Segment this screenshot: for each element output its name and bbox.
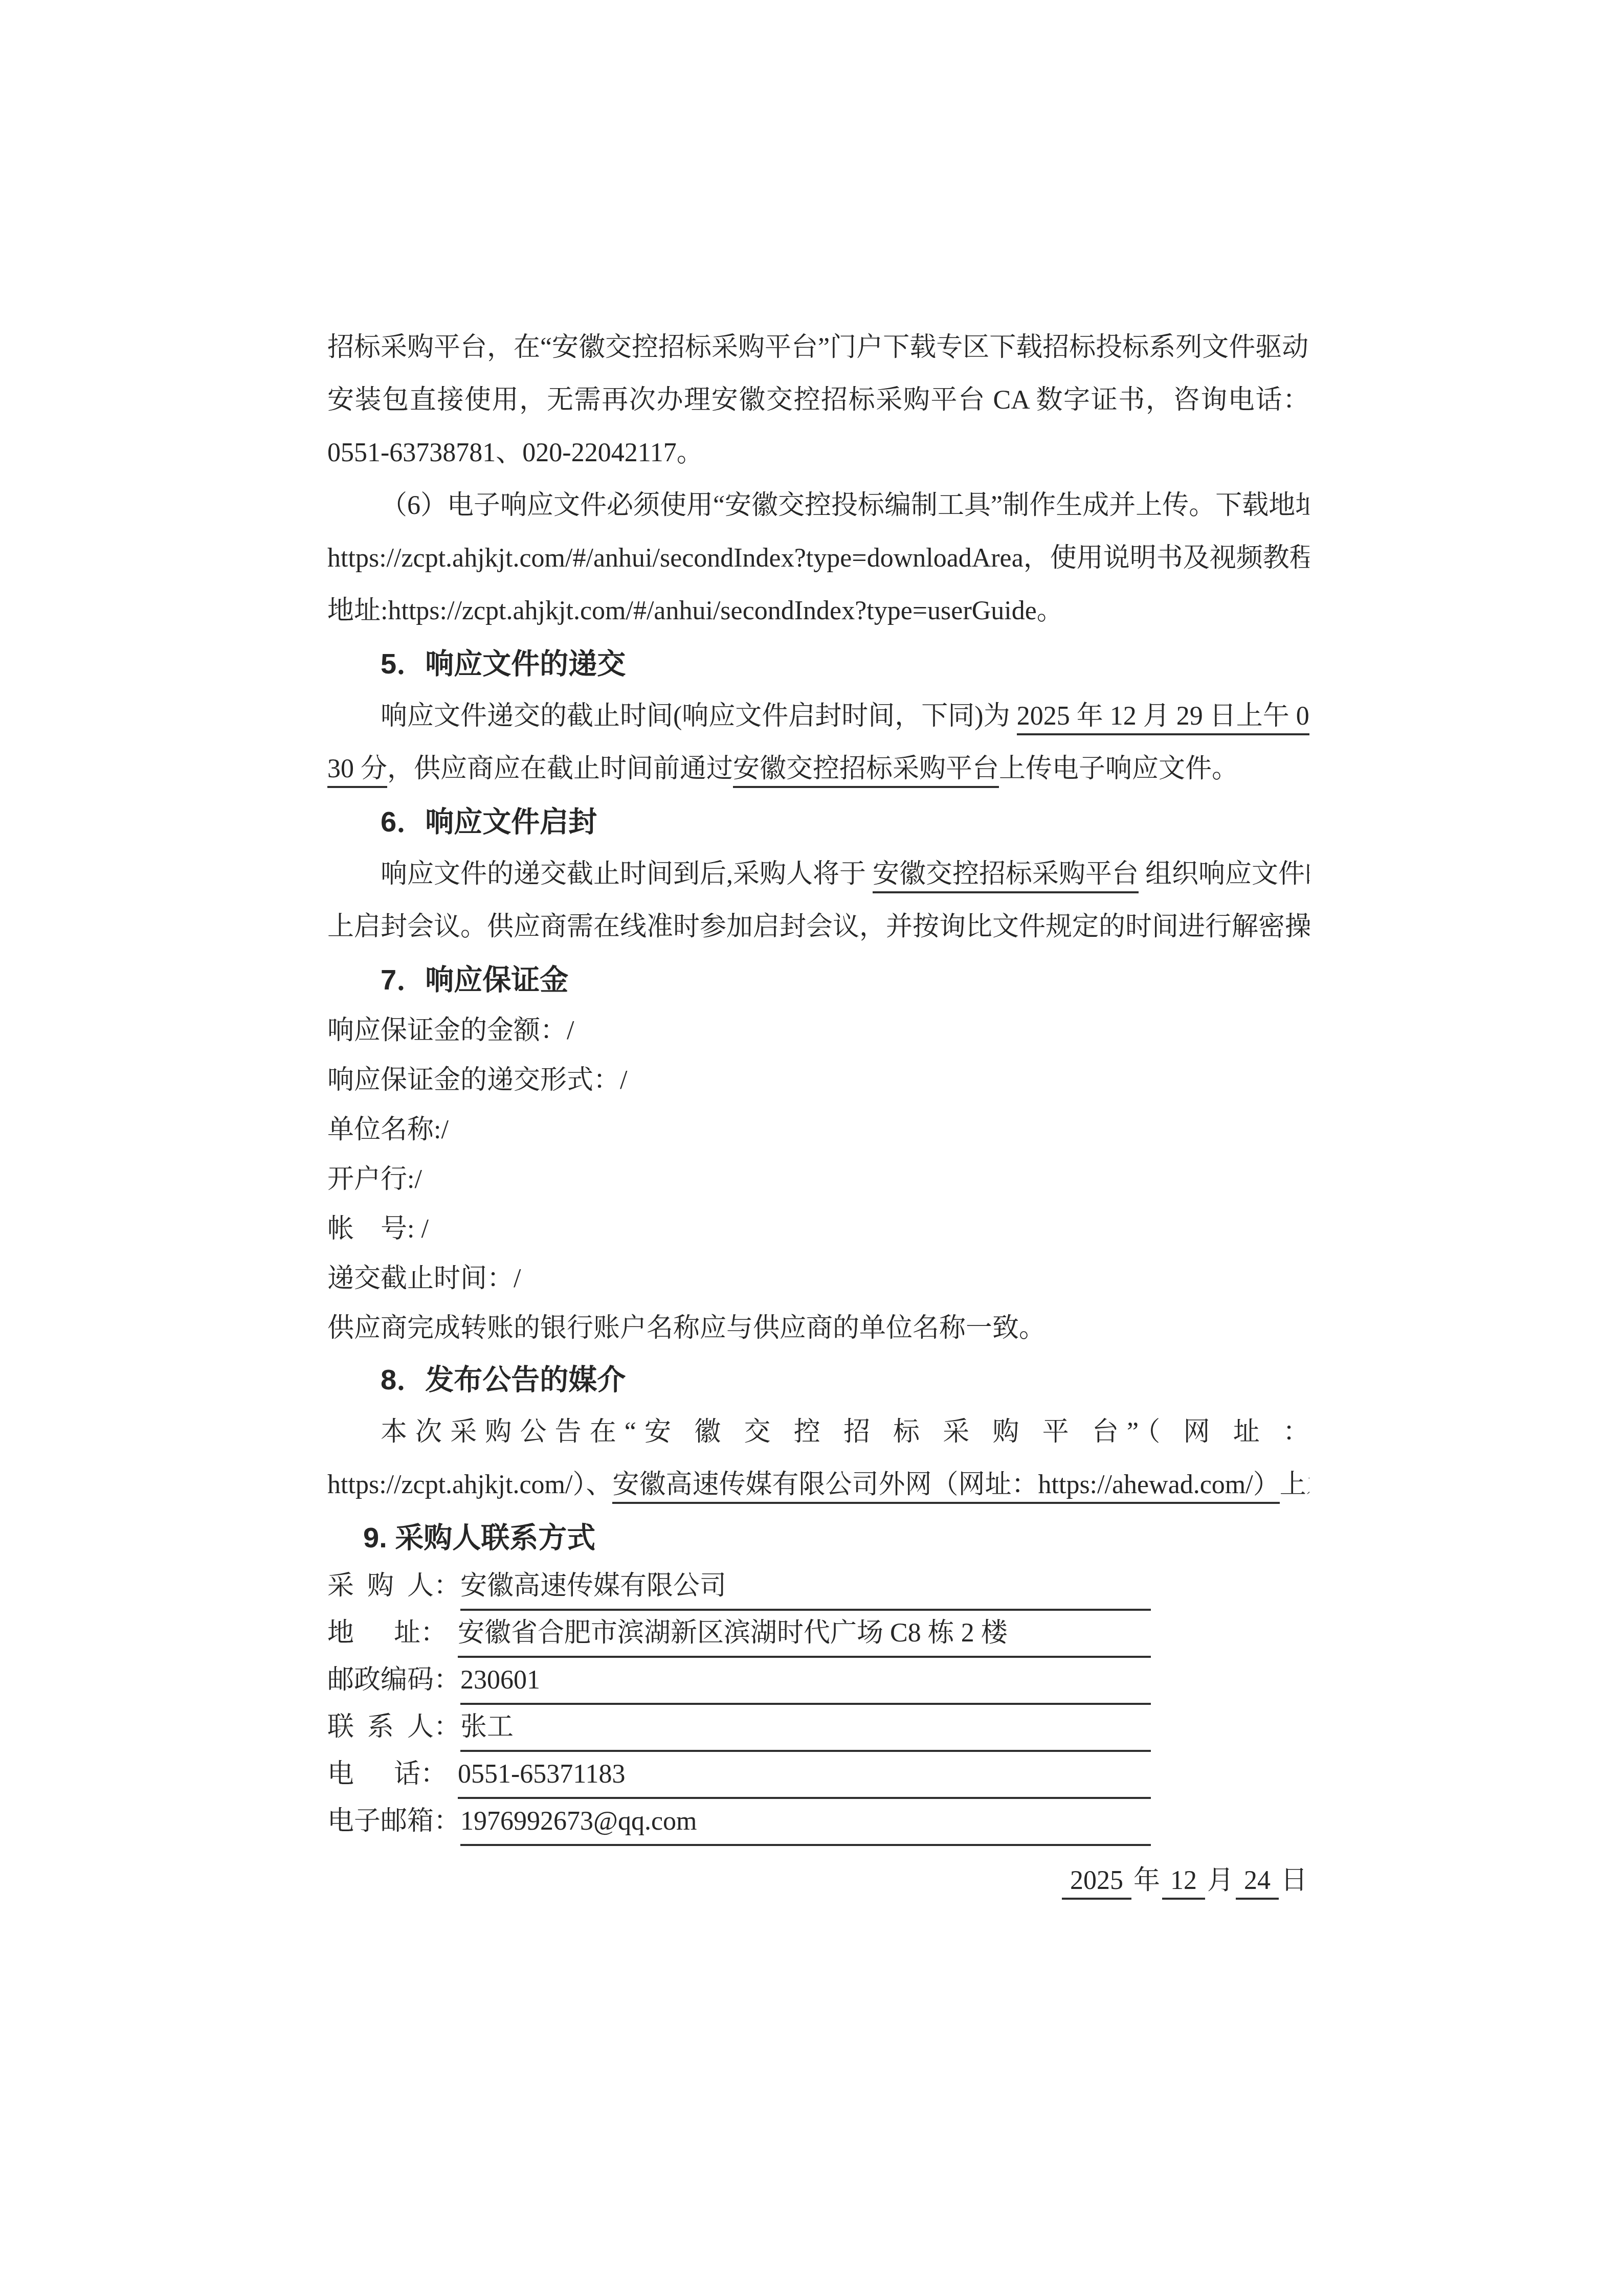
section-5-heading: 5．响应文件的递交 [381, 637, 1309, 690]
contact-row-phone: 电 话： 0551-65371183 [327, 1752, 1151, 1799]
contact-row-email: 电子邮箱： 1976992673@qq.com [327, 1799, 1151, 1846]
account-line: 帐 号: / [327, 1204, 1309, 1254]
paragraph-tool-line3: 地址:https://zcpt.ahjkjt.com/#/anhui/secon… [327, 584, 1309, 637]
platform-name-underlined: 安徽交控招标采购平台 [733, 754, 999, 788]
unit-name-line: 单位名称:/ [327, 1105, 1309, 1155]
signature-date: 2025年12月24日 [327, 1854, 1309, 1907]
date-year: 2025 [1062, 1866, 1131, 1900]
platform-name-underlined: 安徽交控招标采购平台 [873, 860, 1139, 893]
date-month: 12 [1162, 1866, 1205, 1900]
date-month-unit: 月 [1205, 1866, 1236, 1895]
transfer-note-line: 供应商完成转账的银行账户名称应与供应商的单位名称一致。 [327, 1303, 1309, 1353]
section-5-line1: 响应文件递交的截止时间(响应文件启封时间，下同)为 2025 年 12 月 29… [327, 690, 1309, 742]
section-8-line2: https://zcpt.ahjkjt.com/）、安徽高速传媒有限公司外网（网… [327, 1458, 1309, 1511]
deposit-amount-line: 响应保证金的金额：/ [327, 1006, 1309, 1055]
section-8-heading: 8．发布公告的媒介 [381, 1353, 1309, 1406]
section-5-line2: 30 分，供应商应在截止时间前通过安徽交控招标采购平台上传电子响应文件。 [327, 742, 1309, 795]
section-6-heading: 6．响应文件启封 [381, 795, 1309, 848]
phone-label: 电 话： [327, 1752, 458, 1797]
address-value: 安徽省合肥市滨湖新区滨湖时代广场 C8 栋 2 楼 [458, 1611, 1151, 1658]
purchaser-value: 安徽高速传媒有限公司 [460, 1564, 1151, 1611]
deposit-form-line: 响应保证金的递交形式：/ [327, 1055, 1309, 1105]
email-label: 电子邮箱： [327, 1799, 460, 1844]
purchaser-label: 采 购 人： [327, 1564, 460, 1609]
section-8: 8．发布公告的媒介 本次采购公告在“安 徽 交 控 招 标 采 购 平 台”（ … [327, 1353, 1309, 1511]
paragraph-platform-line1: 招标采购平台，在“安徽交控招标采购平台”门户下载专区下载招标投标系列文件驱动程序 [327, 321, 1309, 374]
section-6: 6．响应文件启封 响应文件的递交截止时间到后,采购人将于 安徽交控招标采购平台 … [327, 795, 1309, 953]
section-8-line2-text: https://zcpt.ahjkjt.com/）、 [327, 1470, 612, 1499]
contact-row-postcode: 邮政编码： 230601 [327, 1658, 1151, 1705]
section-5: 5．响应文件的递交 响应文件递交的截止时间(响应文件启封时间，下同)为 2025… [327, 637, 1309, 795]
section-5-line2-text: ，供应商应在截止时间前通过 [387, 754, 733, 783]
section-9-heading: 9. 采购人联系方式 [363, 1511, 1309, 1564]
section-6-line1-text: 响应文件的递交截止时间到后,采购人将于 [381, 860, 873, 889]
deadline-date-underlined: 2025 年 12 月 29 日上午 09 时 [1017, 702, 1309, 735]
contact-person-value: 张工 [460, 1705, 1151, 1752]
deposit-deadline-line: 递交截止时间：/ [327, 1254, 1309, 1303]
contact-row-address: 地 址： 安徽省合肥市滨湖新区滨湖时代广场 C8 栋 2 楼 [327, 1611, 1151, 1658]
company-site-underlined: 安徽高速传媒有限公司外网（网址：https://ahewad.com/） [612, 1470, 1279, 1504]
section-5-line1-text: 响应文件递交的截止时间(响应文件启封时间，下同)为 [381, 702, 1017, 731]
paragraph-tool-line1: （6）电子响应文件必须使用“安徽交控投标编制工具”制作生成并上传。下载地址： [327, 479, 1309, 532]
paragraph-platform-line3: 0551-63738781、020-22042117。 [327, 426, 1309, 479]
section-7: 7．响应保证金 响应保证金的金额：/ 响应保证金的递交形式：/ 单位名称:/ 开… [327, 953, 1309, 1353]
email-value: 1976992673@qq.com [460, 1799, 1151, 1846]
section-6-line2: 上启封会议。供应商需在线准时参加启封会议，并按询比文件规定的时间进行解密操作。 [327, 901, 1309, 953]
bank-line: 开户行:/ [327, 1155, 1309, 1204]
date-year-unit: 年 [1131, 1866, 1162, 1895]
section-6-line1-tail: 组织响应文件的线 [1139, 860, 1309, 889]
document-page: 招标采购平台，在“安徽交控招标采购平台”门户下载专区下载招标投标系列文件驱动程序… [0, 0, 1624, 2296]
section-8-line2-tail: 上发布。 [1280, 1470, 1309, 1499]
paragraph-platform: 招标采购平台，在“安徽交控招标采购平台”门户下载专区下载招标投标系列文件驱动程序… [327, 321, 1309, 479]
contact-row-person: 联 系 人： 张工 [327, 1705, 1151, 1752]
section-8-line1: 本次采购公告在“安 徽 交 控 招 标 采 购 平 台”（ 网 址 ： [327, 1406, 1309, 1458]
paragraph-platform-line2: 安装包直接使用，无需再次办理安徽交控招标采购平台 CA 数字证书，咨询电话： [327, 374, 1309, 426]
section-9: 9. 采购人联系方式 采 购 人： 安徽高速传媒有限公司 地 址： 安徽省合肥市… [327, 1511, 1309, 1846]
date-day: 24 [1236, 1866, 1279, 1900]
phone-value: 0551-65371183 [458, 1752, 1151, 1799]
paragraph-tool: （6）电子响应文件必须使用“安徽交控投标编制工具”制作生成并上传。下载地址： h… [327, 479, 1309, 637]
address-label: 地 址： [327, 1611, 458, 1656]
postcode-label: 邮政编码： [327, 1658, 460, 1703]
date-day-unit: 日 [1279, 1866, 1309, 1895]
contact-person-label: 联 系 人： [327, 1705, 460, 1750]
contact-row-purchaser: 采 购 人： 安徽高速传媒有限公司 [327, 1564, 1151, 1611]
section-5-line2-tail: 上传电子响应文件。 [999, 754, 1238, 783]
paragraph-tool-line2: https://zcpt.ahjkjt.com/#/anhui/secondIn… [327, 532, 1309, 584]
postcode-value: 230601 [460, 1658, 1151, 1705]
section-7-heading: 7．响应保证金 [381, 953, 1309, 1006]
section-6-line1: 响应文件的递交截止时间到后,采购人将于 安徽交控招标采购平台 组织响应文件的线 [327, 848, 1309, 901]
document-content: 招标采购平台，在“安徽交控招标采购平台”门户下载专区下载招标投标系列文件驱动程序… [327, 321, 1309, 1907]
deadline-minutes-underlined: 30 分 [327, 754, 387, 788]
